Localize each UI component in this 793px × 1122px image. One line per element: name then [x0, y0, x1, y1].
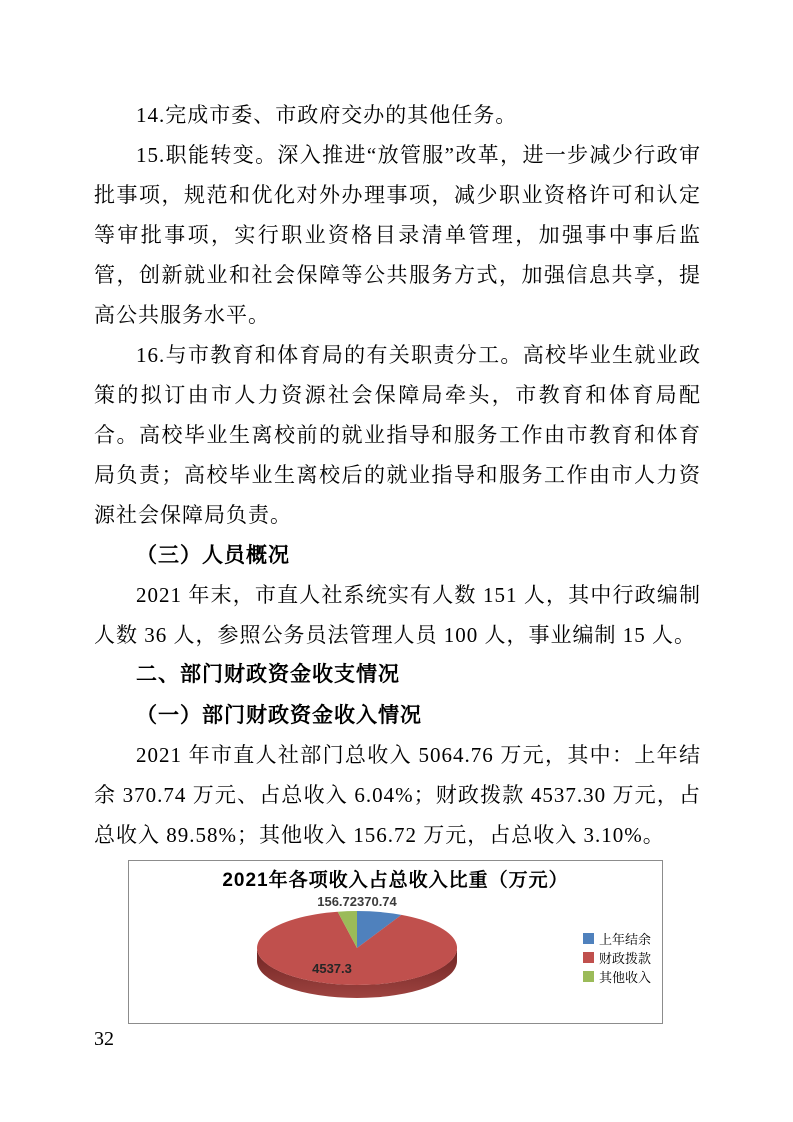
chart-legend: 上年结余 财政拨款 其他收入 — [583, 929, 651, 986]
legend-label: 其他收入 — [599, 967, 651, 986]
data-label-fiscal-allocation: 4537.3 — [267, 961, 397, 976]
legend-swatch-red — [583, 952, 594, 963]
legend-swatch-green — [583, 971, 594, 982]
data-label-other-income: 156.72 — [317, 894, 357, 909]
document-page: 14.完成市委、市政府交办的其他任务。 15.职能转变。深入推进“放管服”改革，… — [0, 0, 793, 1122]
page-number: 32 — [94, 1028, 114, 1051]
income-pie-chart-frame: 2021年各项收入占总收入比重（万元） 156.72370.74 4537.3 … — [128, 860, 663, 1024]
legend-label: 财政拨款 — [599, 948, 651, 967]
legend-item-previous-balance: 上年结余 — [583, 929, 651, 947]
document-body: 14.完成市委、市政府交办的其他任务。 15.职能转变。深入推进“放管服”改革，… — [94, 95, 701, 1024]
legend-label: 上年结余 — [599, 929, 651, 948]
heading-section-2: 二、部门财政资金收支情况 — [94, 655, 701, 695]
paragraph-16: 16.与市教育和体育局的有关职责分工。高校毕业生就业政策的拟订由市人力资源社会保… — [94, 335, 701, 535]
legend-swatch-blue — [583, 933, 594, 944]
legend-item-fiscal-allocation: 财政拨款 — [583, 948, 651, 966]
legend-item-other-income: 其他收入 — [583, 967, 651, 985]
paragraph-income: 2021 年市直人社部门总收入 5064.76 万元，其中：上年结余 370.7… — [94, 735, 701, 855]
heading-personnel-overview: （三）人员概况 — [94, 535, 701, 575]
paragraph-personnel: 2021 年末，市直人社系统实有人数 151 人，其中行政编制人数 36 人，参… — [94, 575, 701, 655]
chart-title: 2021年各项收入占总收入比重（万元） — [129, 865, 662, 892]
heading-income-overview: （一）部门财政资金收入情况 — [94, 695, 701, 735]
paragraph-15: 15.职能转变。深入推进“放管服”改革，进一步减少行政审批事项，规范和优化对外办… — [94, 135, 701, 335]
data-label-previous-balance: 370.74 — [357, 894, 397, 909]
paragraph-14: 14.完成市委、市政府交办的其他任务。 — [94, 95, 701, 135]
pie-data-labels-top: 156.72370.74 — [277, 894, 437, 909]
